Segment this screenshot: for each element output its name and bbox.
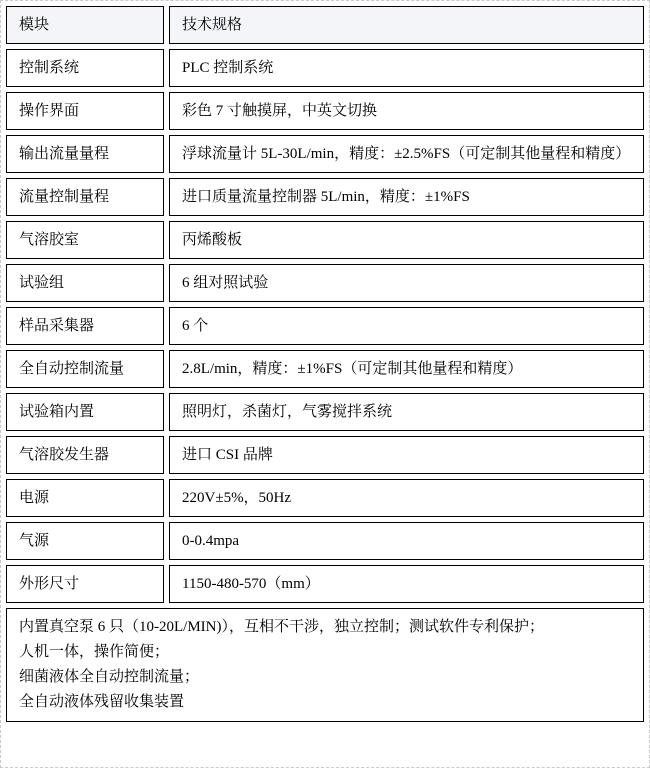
spec-row: 样品采集器 6 个 xyxy=(6,307,644,345)
spec-row: 气源 0-0.4mpa xyxy=(6,522,644,560)
spec-row: 试验箱内置 照明灯，杀菌灯，气雾搅拌系统 xyxy=(6,393,644,431)
module-cell: 全自动控制流量 xyxy=(6,350,164,388)
spec-cell: 彩色 7 寸触摸屏，中英文切换 xyxy=(169,92,644,130)
spec-cell: 浮球流量计 5L-30L/min，精度：±2.5%FS（可定制其他量程和精度） xyxy=(169,135,644,173)
module-cell: 外形尺寸 xyxy=(6,565,164,603)
module-cell: 试验箱内置 xyxy=(6,393,164,431)
spec-row: 操作界面 彩色 7 寸触摸屏，中英文切换 xyxy=(6,92,644,130)
module-cell: 试验组 xyxy=(6,264,164,302)
header-row: 模块 技术规格 xyxy=(6,6,644,44)
spec-row: 气溶胶发生器 进口 CSI 品牌 xyxy=(6,436,644,474)
module-cell: 气溶胶发生器 xyxy=(6,436,164,474)
module-cell: 电源 xyxy=(6,479,164,517)
spec-cell: 0-0.4mpa xyxy=(169,522,644,560)
note-line: 人机一体，操作简便； xyxy=(19,640,631,665)
spec-row: 电源 220V±5%，50Hz xyxy=(6,479,644,517)
module-cell: 控制系统 xyxy=(6,49,164,87)
spec-cell: 丙烯酸板 xyxy=(169,221,644,259)
spec-cell: 6 个 xyxy=(169,307,644,345)
spec-row: 外形尺寸 1150-480-570（mm） xyxy=(6,565,644,603)
header-spec: 技术规格 xyxy=(169,6,644,44)
spec-cell: 2.8L/min，精度：±1%FS（可定制其他量程和精度） xyxy=(169,350,644,388)
spec-row: 流量控制量程 进口质量流量控制器 5L/min，精度：±1%FS xyxy=(6,178,644,216)
spec-row: 气溶胶室 丙烯酸板 xyxy=(6,221,644,259)
module-cell: 操作界面 xyxy=(6,92,164,130)
note-line: 内置真空泵 6 只（10-20L/MIN)），互相不干涉，独立控制；测试软件专利… xyxy=(19,615,631,640)
spec-cell: 1150-480-570（mm） xyxy=(169,565,644,603)
spec-row: 输出流量量程 浮球流量计 5L-30L/min，精度：±2.5%FS（可定制其他… xyxy=(6,135,644,173)
spec-row: 试验组 6 组对照试验 xyxy=(6,264,644,302)
module-cell: 气溶胶室 xyxy=(6,221,164,259)
module-cell: 样品采集器 xyxy=(6,307,164,345)
spec-cell: 照明灯，杀菌灯，气雾搅拌系统 xyxy=(169,393,644,431)
spec-cell: 220V±5%，50Hz xyxy=(169,479,644,517)
spec-cell: PLC 控制系统 xyxy=(169,49,644,87)
note-line: 全自动液体残留收集装置 xyxy=(19,690,631,715)
spec-cell: 进口质量流量控制器 5L/min，精度：±1%FS xyxy=(169,178,644,216)
spec-cell: 6 组对照试验 xyxy=(169,264,644,302)
notes-row: 内置真空泵 6 只（10-20L/MIN)），互相不干涉，独立控制；测试软件专利… xyxy=(6,608,644,722)
module-cell: 气源 xyxy=(6,522,164,560)
spec-sheet: 模块 技术规格 控制系统 PLC 控制系统 操作界面 彩色 7 寸触摸屏，中英文… xyxy=(0,0,650,768)
spec-row: 全自动控制流量 2.8L/min，精度：±1%FS（可定制其他量程和精度） xyxy=(6,350,644,388)
note-line: 细菌液体全自动控制流量； xyxy=(19,665,631,690)
module-cell: 流量控制量程 xyxy=(6,178,164,216)
technical-spec-table: 模块 技术规格 控制系统 PLC 控制系统 操作界面 彩色 7 寸触摸屏，中英文… xyxy=(1,1,649,727)
table-header: 模块 技术规格 xyxy=(6,6,644,44)
spec-row: 控制系统 PLC 控制系统 xyxy=(6,49,644,87)
module-cell: 输出流量量程 xyxy=(6,135,164,173)
notes-cell: 内置真空泵 6 只（10-20L/MIN)），互相不干涉，独立控制；测试软件专利… xyxy=(6,608,644,722)
table-body: 控制系统 PLC 控制系统 操作界面 彩色 7 寸触摸屏，中英文切换 输出流量量… xyxy=(6,49,644,722)
spec-cell: 进口 CSI 品牌 xyxy=(169,436,644,474)
header-module: 模块 xyxy=(6,6,164,44)
